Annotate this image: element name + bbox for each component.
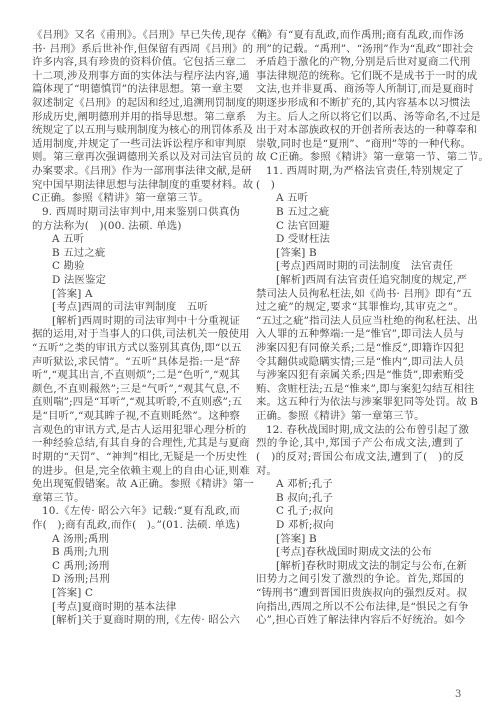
text-line: [解析]春秋时期成文法的制定与公布,在新	[256, 560, 464, 574]
text-line: D 法医鉴定	[32, 274, 240, 288]
text-line: ( )	[256, 179, 464, 193]
text-line: 言观色的审讯方式,是古人运用犯罪心理分析的	[32, 424, 240, 438]
text-line: [考点]西周的司法审判制度 五听	[32, 301, 240, 315]
text-line: 统规定了以五刑与赎刑制度为核心的刑罚体系及	[32, 124, 240, 138]
text-line: [答案] C	[32, 587, 240, 601]
text-line: 办案要求。《吕刑》作为一部刑事法律文献,是研	[32, 165, 240, 179]
text-line: 与涉案囚犯有亲属关系;四是“惟货”,即索贿受	[256, 369, 464, 383]
text-line: 文法,也并非夏禹、商汤等人所制订,而是夏商时	[256, 83, 464, 97]
text-line: 时期的“天罚”、“神判”相比,无疑是一个历史性	[32, 451, 240, 465]
text-line: 究中国早期法律思想与法律制度的重要材料。故	[32, 179, 240, 193]
text-line: 是“目听”,“观其眸子视,不直则眊然”。这种察	[32, 410, 240, 424]
text-line: [考点]夏商时期的基本法律	[32, 601, 240, 615]
text-line: 来。这五种行为依法与涉案罪犯同等处罚。故 B	[256, 396, 464, 410]
text-line: B 五过之疵	[256, 206, 464, 220]
text-line: 据的运用,对于当事人的口供,司法机关一般使用	[32, 328, 240, 342]
text-line: 听”,“观其出言,不直则烦”;二是“色听”,“观其	[32, 369, 240, 383]
text-line: ( )的反对;晋国公布成文法,遭到了( )的反	[256, 451, 464, 465]
text-line: D 受财枉法	[256, 233, 464, 247]
text-line: 一种经验总结,有其自身的合理性,尤其是与夏商	[32, 437, 240, 451]
text-line: B 叔向;孔子	[256, 492, 464, 506]
text-line: [答案] A	[32, 288, 240, 302]
text-line: 书· 吕刑》系后世补作,但保留有西周《吕刑》的	[32, 43, 240, 57]
text-line: [考点]春秋战国时期成文法的公布	[256, 546, 464, 560]
text-line: 对。	[256, 465, 464, 479]
text-line: [解析]西周时期的司法审判中十分重视证	[32, 315, 240, 329]
right-column: 年》有“夏有乱政,而作禹刑;商有乱政,而作汤刑”的记载。“禹刑”、“汤刑”作为“…	[256, 29, 464, 628]
text-line: 崇敬,同时也是“夏刑”、“商刑”等的一种代称。	[256, 138, 464, 152]
text-line: 形成历史,阐明德刑并用的指导思想。第二章系	[32, 111, 240, 125]
text-line: [答案] B	[256, 247, 464, 261]
text-line: A 五听	[256, 192, 464, 206]
text-line: 则。第三章再次强调德刑关系以及对司法官员的	[32, 151, 240, 165]
text-line: 篇体现了“明德慎罚”的法律思想。第一章主要	[32, 83, 240, 97]
text-line: 令其翻供或隐瞒实情;三是“惟内”,即司法人员	[256, 356, 464, 370]
text-line: 11. 西周时期,为严格法官责任,特别规定了	[256, 165, 464, 179]
text-line: 入人罪的五种弊端:一是“惟官”,即司法人员与	[256, 328, 464, 342]
text-line: 年》有“夏有乱政,而作禹刑;商有乱政,而作汤	[256, 29, 464, 43]
text-line: 为主。后人之所以将它们以禹、汤等命名,不过是	[256, 111, 464, 125]
text-line: 故 C正确。参照《精讲》第一章第一节、第二节。	[256, 151, 464, 165]
text-line: 9. 西周时期司法审判中,用来鉴别口供真伪	[32, 206, 240, 220]
text-line: D 邓析;叔向	[256, 519, 464, 533]
text-line: A 邓析;孔子	[256, 478, 464, 492]
text-line: 贿、贪赃枉法;五是“惟来”,即与案犯勾结互相往	[256, 383, 464, 397]
text-line: 向指出,西周之所以不公布法律,是“惧民之有争	[256, 601, 464, 615]
text-line: “铸刑书”遭到晋国旧贵族叔向的强烈反对。叔	[256, 587, 464, 601]
text-line: [解析]关于夏商时期的刑,《左传· 昭公六	[32, 614, 240, 628]
text-line: 禁司法人员徇私枉法,如《尚书· 吕刑》即有“五	[256, 288, 464, 302]
text-line: C 孔子;叔向	[256, 505, 464, 519]
text-line: 烈的争论,其中,郑国子产公布成文法,遭到了	[256, 437, 464, 451]
text-line: 事法律规范的统称。它们既不是成书于一时的成	[256, 70, 464, 84]
text-line: 的方法称为( )(00. 法硕. 单选)	[32, 220, 240, 234]
text-line: “五过之疵”指司法人员应当杜绝的徇私枉法、出	[256, 315, 464, 329]
text-line: C 勘验	[32, 260, 240, 274]
text-line: 的进步。但是,完全依赖主观上的自由心证,则难	[32, 465, 240, 479]
text-line: 许多内容,具有珍贵的资料价值。它包括三章二	[32, 56, 240, 70]
text-line: “五听”之类的审讯方式以鉴别其真伪,即“以五	[32, 342, 240, 356]
text-line: 涉案囚犯有同僚关系;二是“惟反”,即籍诈囚犯	[256, 342, 464, 356]
text-line: 出于对本部族政权的开创者所表达的一种尊奉和	[256, 124, 464, 138]
page-number: 3	[455, 689, 461, 700]
text-line: A 五听	[32, 233, 240, 247]
text-line: 10.《左传· 昭公六年》记载:“夏有乱政,而	[32, 505, 240, 519]
text-line: 免出现冤假错案。故 A正确。参照《精讲》第一	[32, 478, 240, 492]
text-line: [答案] B	[256, 533, 464, 547]
text-line: B 五过之疵	[32, 247, 240, 261]
text-line: 《吕刑》又名《甫刑》。《吕刑》早已失传,现存《尚	[32, 29, 240, 43]
text-line: C 禹刑;汤刑	[32, 560, 240, 574]
text-line: 适用制度,并规定了一些司法诉讼程序和审判原	[32, 138, 240, 152]
left-column: 《吕刑》又名《甫刑》。《吕刑》早已失传,现存《尚书· 吕刑》系后世补作,但保留有…	[32, 29, 240, 628]
text-line: 声听狱讼,求民情”。“五听”具体是指:一是“辞	[32, 356, 240, 370]
text-line: 心”,担心百姓了解法律内容后不好统治。如今	[256, 614, 464, 628]
text-line: B 禹刑;九刑	[32, 546, 240, 560]
text-line: 正确。参照《精讲》第一章第三节。	[256, 410, 464, 424]
text-line: 旧势力之间引发了激烈的争论。首先,郑国的	[256, 573, 464, 587]
text-line: 作( );商有乱政,而作( )。”(01. 法硕. 单选)	[32, 519, 240, 533]
text-line: 叙述制定《吕刑》的起因和经过,追溯刑罚制度的	[32, 97, 240, 111]
text-line: 12. 春秋战国时期,成文法的公布曾引起了激	[256, 424, 464, 438]
text-line: 期逐步形成和不断扩充的,其内容基本以习惯法	[256, 97, 464, 111]
text-line: 过之疵”的规定,要求“其罪惟均,其审克之”。	[256, 301, 464, 315]
text-line: [解析]西周有法官责任追究制度的规定,严	[256, 274, 464, 288]
text-line: A 汤刑;禹刑	[32, 533, 240, 547]
text-line: 颜色,不直则赧然”;三是“气听”,“观其气息,不	[32, 383, 240, 397]
text-line: C正确。参照《精讲》第一章第三节。	[32, 192, 240, 206]
text-line: [考点]西周时期的司法制度 法官责任	[256, 260, 464, 274]
text-line: 直则喘”;四是“耳听”,“观其听聆,不直则惑”;五	[32, 396, 240, 410]
text-line: C 法官回避	[256, 220, 464, 234]
text-line: 刑”的记载。“禹刑”、“汤刑”作为“乱政”即社会	[256, 43, 464, 57]
text-line: D 汤刑;吕刑	[32, 573, 240, 587]
text-line: 矛盾趋于激化的产物,分别是后世对夏商二代刑	[256, 56, 464, 70]
text-line: 章第三节。	[32, 492, 240, 506]
text-line: 十二项,涉及刑事方面的实体法与程序法内容,通	[32, 70, 240, 84]
